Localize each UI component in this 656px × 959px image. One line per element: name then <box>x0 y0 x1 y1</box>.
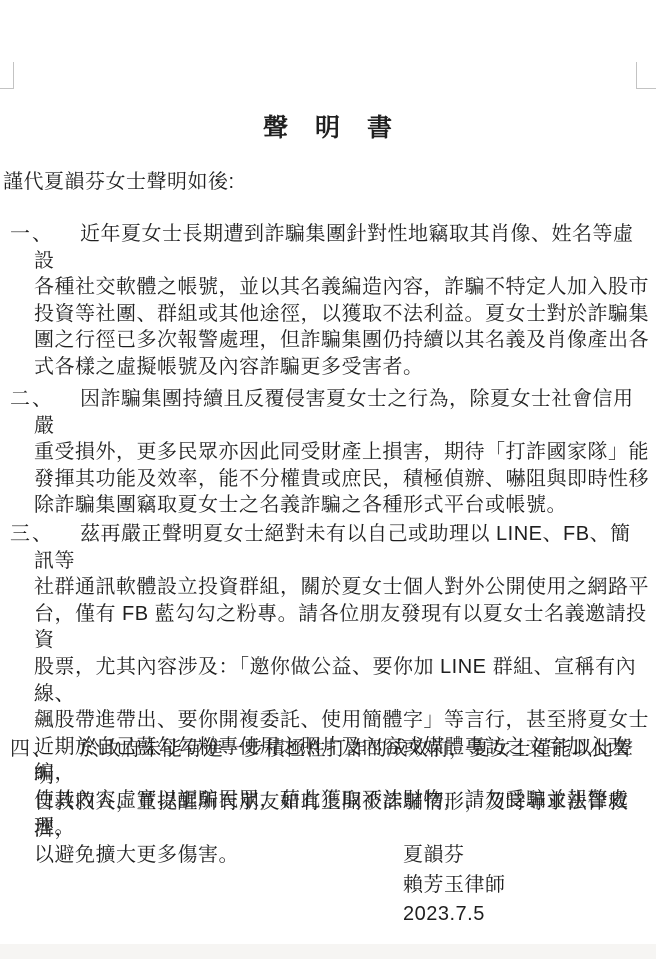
section-4: 四、 於政府未能有進一步積極性打詐的成效前，夏女士僅能以此聲明 自救救人，並提醒… <box>0 736 650 869</box>
page-corner-mark-right <box>636 62 656 89</box>
section-1-text: 近年夏女士長期遭到詐騙集團針對性地竊取其肖像、姓名等虛設 各種社交軟體之帳號，並… <box>34 221 650 381</box>
page-corner-mark-left <box>0 62 14 89</box>
section-2-number-label: 二、 <box>10 386 54 413</box>
section-3-number-label: 三、 <box>10 521 54 548</box>
section-1-number-label: 一、 <box>10 221 54 248</box>
statement-document-page: 聲 明 書 謹代夏韻芬女士聲明如後: 一、 近年夏女士長期遭到詐騙集團針對性地竊… <box>0 0 656 959</box>
intro-line: 謹代夏韻芬女士聲明如後: <box>3 169 235 196</box>
footer-strip <box>0 944 656 959</box>
section-2-text: 因詐騙集團持續且反覆侵害夏女士之行為，除夏女士社會信用嚴 重受損外，更多民眾亦因… <box>34 386 650 519</box>
section-4-number-label: 四、 <box>10 736 54 763</box>
section-2: 二、 因詐騙集團持續且反覆侵害夏女士之行為，除夏女士社會信用嚴 重受損外，更多民… <box>0 386 650 519</box>
section-1: 一、 近年夏女士長期遭到詐騙集團針對性地竊取其肖像、姓名等虛設 各種社交軟體之帳… <box>0 221 650 381</box>
section-4-text: 於政府未能有進一步積極性打詐的成效前，夏女士僅能以此聲明 自救救人，並提醒所有朋… <box>34 736 650 869</box>
signature-block: 夏韻芬 賴芳玉律師 2023.7.5 <box>403 841 506 930</box>
document-title: 聲 明 書 <box>0 108 656 144</box>
